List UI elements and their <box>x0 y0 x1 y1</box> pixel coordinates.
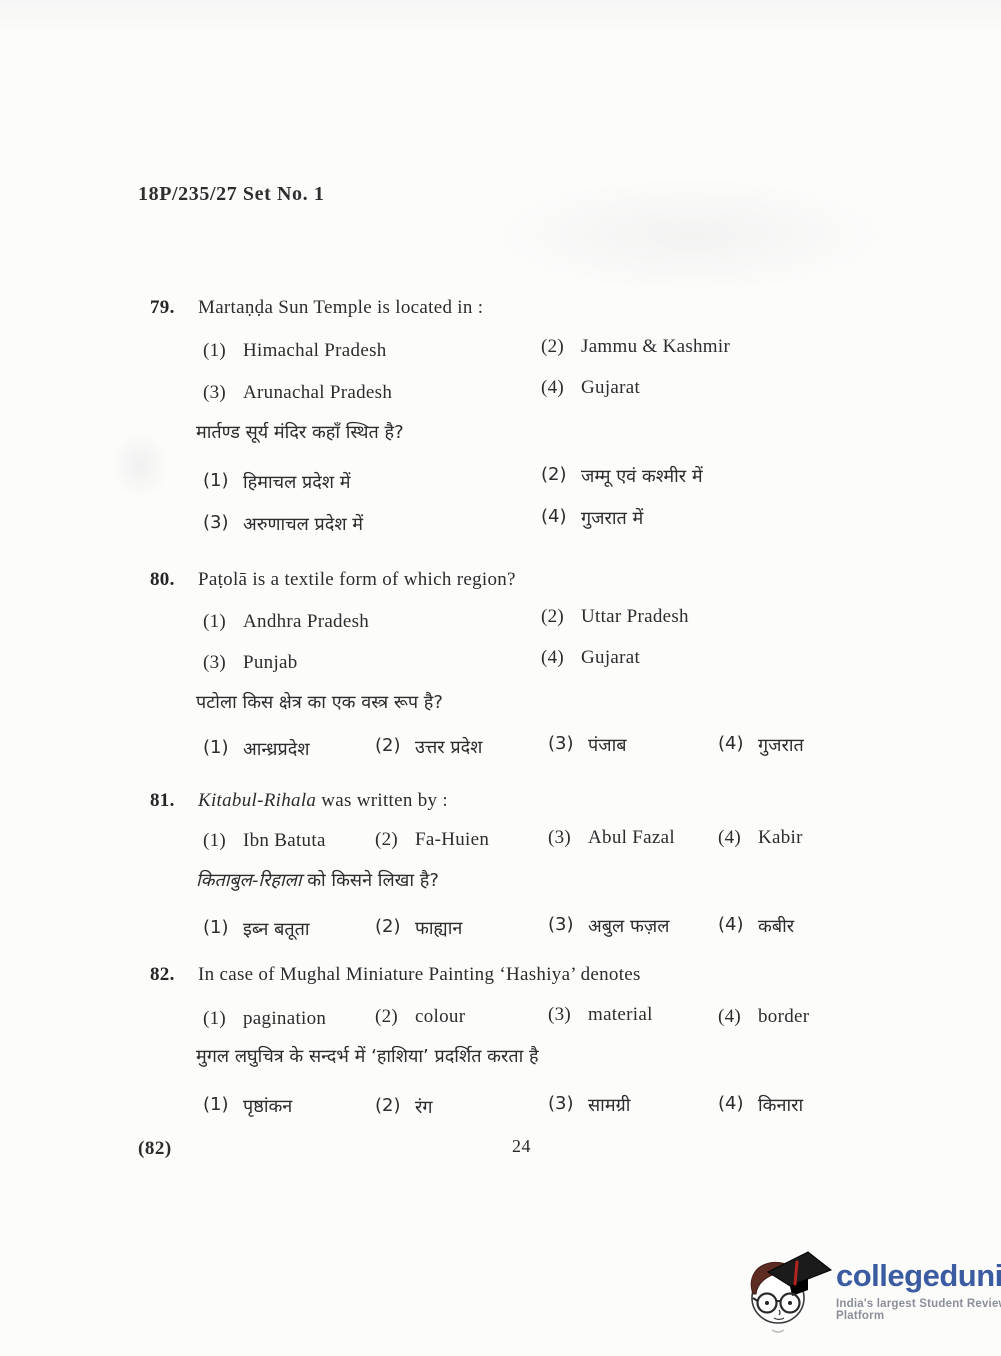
question-text-rest-hi: को किसने लिखा है? <box>302 870 439 891</box>
option-number: (3) <box>548 827 574 849</box>
option-label: पृष्ठांकन <box>243 1094 292 1118</box>
option-label: रंग <box>415 1095 433 1119</box>
question-text-rest: was written by : <box>316 790 448 811</box>
option-number: (4) <box>718 827 744 849</box>
option-number: (1) <box>203 470 229 494</box>
question-80-text-en: Paṭolā is a textile form of which region… <box>198 569 516 591</box>
option-label: Ibn Batuta <box>243 830 326 852</box>
question-79-option-3-en: (3)Arunachal Pradesh <box>203 382 392 404</box>
brand-name: collegedunia <box>836 1260 1001 1291</box>
question-80-option-4-hi: (4)गुजरात <box>718 733 804 757</box>
option-label: इब्न बतूता <box>243 917 310 941</box>
paper-code: 18P/235/27 Set No. 1 <box>138 183 324 206</box>
question-80-option-3-en: (3)Punjab <box>203 652 298 674</box>
option-number: (2) <box>541 336 567 358</box>
option-label: हिमाचल प्रदेश में <box>243 470 351 494</box>
option-number: (1) <box>203 830 229 852</box>
option-label: Gujarat <box>581 647 640 669</box>
question-79-option-1-en: (1)Himachal Pradesh <box>203 340 387 362</box>
collegedunia-logo: collegedunia .com India's largest Studen… <box>738 1246 1000 1338</box>
question-81-number: 81. <box>150 790 175 812</box>
question-82-option-2-en: (2)colour <box>375 1006 465 1028</box>
option-number: (4) <box>718 914 744 938</box>
option-label: Abul Fazal <box>588 827 675 849</box>
option-label: Uttar Pradesh <box>581 606 689 628</box>
question-80-option-2-hi: (2)उत्तर प्रदेश <box>375 735 482 759</box>
scan-smudge <box>110 430 170 500</box>
option-number: (1) <box>203 1008 229 1030</box>
collegedunia-mascot-icon <box>738 1246 834 1338</box>
option-label: colour <box>415 1006 465 1028</box>
option-label: पंजाब <box>588 733 627 757</box>
question-80-text-hi: पटोला किस क्षेत्र का एक वस्त्र रूप है? <box>196 690 443 714</box>
option-number: (4) <box>718 1093 744 1117</box>
option-number: (3) <box>548 733 574 757</box>
question-81-option-3-hi: (3)अबुल फज़ल <box>548 914 669 938</box>
question-79-option-1-hi: (1)हिमाचल प्रदेश में <box>203 470 351 494</box>
option-number: (1) <box>203 340 229 362</box>
question-82-number: 82. <box>150 964 175 986</box>
option-label: Kabir <box>758 827 803 849</box>
question-82-option-4-hi: (4)किनारा <box>718 1093 803 1117</box>
option-number: (3) <box>203 512 229 536</box>
option-number: (4) <box>541 647 567 669</box>
question-80-option-4-en: (4)Gujarat <box>541 647 640 669</box>
question-81-option-2-en: (2)Fa-Huien <box>375 829 489 851</box>
question-79-text-en: Martaṇḍa Sun Temple is located in : <box>198 297 483 319</box>
option-label: गुजरात <box>758 733 804 757</box>
question-80-option-2-en: (2)Uttar Pradesh <box>541 606 689 628</box>
option-label: गुजरात में <box>581 506 643 530</box>
option-number: (2) <box>375 916 401 940</box>
question-79-text-hi: मार्तण्ड सूर्य मंदिर कहाँ स्थित है? <box>196 420 404 444</box>
question-82-option-1-hi: (1)पृष्ठांकन <box>203 1094 292 1118</box>
option-label: सामग्री <box>588 1093 630 1117</box>
question-80-option-3-hi: (3)पंजाब <box>548 733 627 757</box>
option-number: (2) <box>375 1095 401 1119</box>
question-82-option-4-en: (4)border <box>718 1006 809 1028</box>
booklet-code: (82) <box>138 1138 172 1160</box>
option-label: Jammu & Kashmir <box>581 336 730 358</box>
option-number: (2) <box>375 829 401 851</box>
option-number: (2) <box>375 1006 401 1028</box>
option-label: Punjab <box>243 652 298 674</box>
question-79-option-4-en: (4)Gujarat <box>541 377 640 399</box>
question-80-option-1-hi: (1)आन्ध्रप्रदेश <box>203 737 310 761</box>
option-label: material <box>588 1004 653 1026</box>
option-label: उत्तर प्रदेश <box>415 735 482 759</box>
option-label: अरुणाचल प्रदेश में <box>243 512 363 536</box>
option-label: pagination <box>243 1008 326 1030</box>
option-number: (2) <box>541 606 567 628</box>
question-79-option-2-en: (2)Jammu & Kashmir <box>541 336 730 358</box>
book-title-hi: किताबुल-रिहाला <box>196 870 302 891</box>
option-number: (4) <box>541 506 567 530</box>
question-82-text-hi: मुगल लघुचित्र के सन्दर्भ में ‘हाशिया’ प्… <box>196 1044 539 1068</box>
question-82-option-2-hi: (2)रंग <box>375 1095 433 1119</box>
option-number: (3) <box>203 652 229 674</box>
option-number: (4) <box>541 377 567 399</box>
option-number: (3) <box>203 382 229 404</box>
question-79-number: 79. <box>150 297 175 319</box>
option-number: (3) <box>548 1004 574 1026</box>
option-number: (4) <box>718 1006 744 1028</box>
question-81-text-hi: किताबुल-रिहाला को किसने लिखा है? <box>196 868 439 892</box>
option-number: (4) <box>718 733 744 757</box>
option-number: (1) <box>203 611 229 633</box>
question-82-option-1-en: (1)pagination <box>203 1008 326 1030</box>
option-label: Andhra Pradesh <box>243 611 369 633</box>
question-82-option-3-hi: (3)सामग्री <box>548 1093 630 1117</box>
page-number: 24 <box>512 1136 531 1157</box>
question-81-option-1-hi: (1)इब्न बतूता <box>203 917 310 941</box>
option-label: किनारा <box>758 1093 803 1117</box>
question-80-option-1-en: (1)Andhra Pradesh <box>203 611 369 633</box>
option-label: Himachal Pradesh <box>243 340 387 362</box>
question-82-option-3-en: (3)material <box>548 1004 653 1026</box>
option-number: (2) <box>541 464 567 488</box>
option-label: अबुल फज़ल <box>588 914 669 938</box>
question-81-option-2-hi: (2)फाह्यान <box>375 916 462 940</box>
option-label: border <box>758 1006 809 1028</box>
question-81-option-1-en: (1)Ibn Batuta <box>203 830 326 852</box>
question-81-option-4-hi: (4)कबीर <box>718 914 794 938</box>
option-label: Gujarat <box>581 377 640 399</box>
scan-smudge <box>480 175 900 295</box>
option-label: जम्मू एवं कश्मीर में <box>581 464 703 488</box>
question-82-text-en: In case of Mughal Miniature Painting ‘Ha… <box>198 964 641 986</box>
option-number: (3) <box>548 914 574 938</box>
option-number: (1) <box>203 1094 229 1118</box>
scan-smudge <box>0 0 1001 40</box>
question-80-number: 80. <box>150 569 175 591</box>
scanned-exam-page: 18P/235/27 Set No. 1 79. Martaṇḍa Sun Te… <box>0 0 1001 1356</box>
question-81-text-en: Kitabul-Rihala was written by : <box>198 790 448 812</box>
option-number: (1) <box>203 917 229 941</box>
question-81-option-4-en: (4)Kabir <box>718 827 803 849</box>
option-label: फाह्यान <box>415 916 462 940</box>
option-number: (2) <box>375 735 401 759</box>
option-number: (3) <box>548 1093 574 1117</box>
question-79-option-3-hi: (3)अरुणाचल प्रदेश में <box>203 512 363 536</box>
question-81-option-3-en: (3)Abul Fazal <box>548 827 675 849</box>
question-79-option-2-hi: (2)जम्मू एवं कश्मीर में <box>541 464 703 488</box>
option-label: Fa-Huien <box>415 829 489 851</box>
option-label: आन्ध्रप्रदेश <box>243 737 310 761</box>
option-label: Arunachal Pradesh <box>243 382 392 404</box>
question-79-option-4-hi: (4)गुजरात में <box>541 506 643 530</box>
brand-tagline: India's largest Student Review Platform <box>836 1298 1001 1322</box>
option-number: (1) <box>203 737 229 761</box>
option-label: कबीर <box>758 914 794 938</box>
book-title: Kitabul-Rihala <box>198 790 316 811</box>
